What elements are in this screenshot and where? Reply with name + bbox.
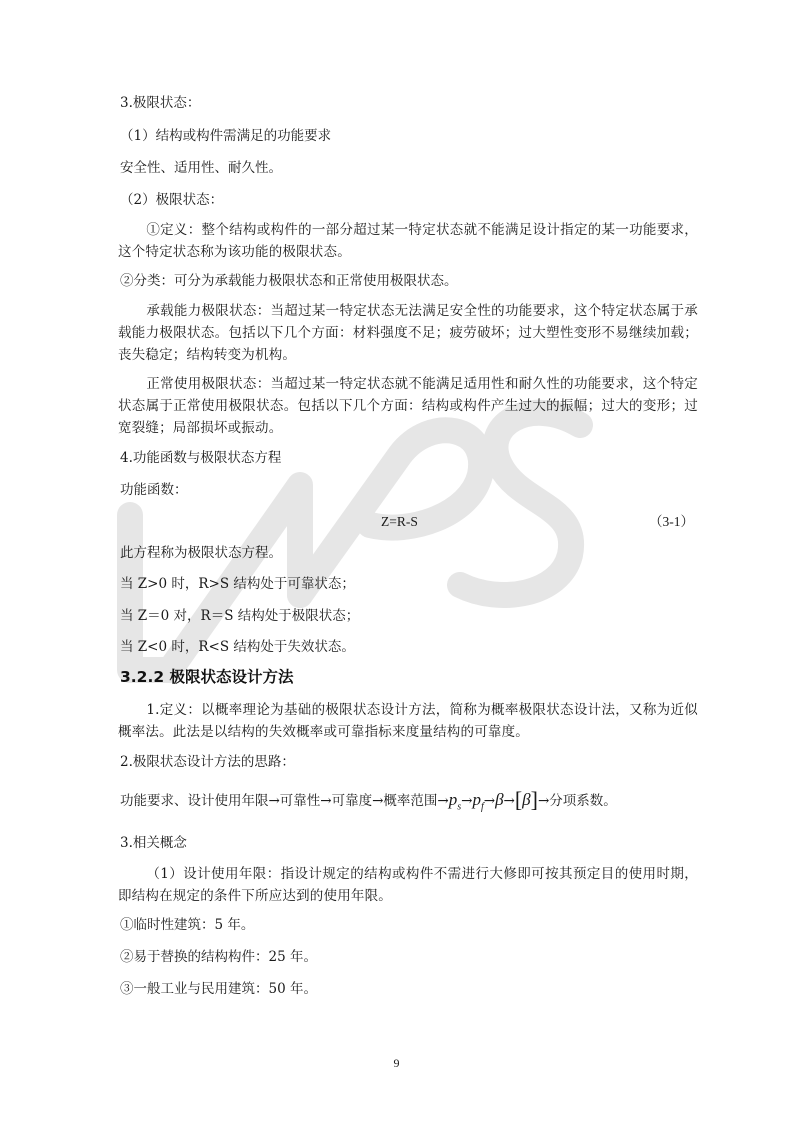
- ultimate-limit-state-paragraph: 承载能力极限状态：当超过某一特定状态无法满足安全性的功能要求，这个特定状态属于承…: [118, 300, 698, 366]
- equation-number: （3-1）: [649, 511, 694, 533]
- functional-requirements-title: （1）结构或构件需满足的功能要求: [118, 125, 700, 147]
- functional-requirements-list: 安全性、适用性、耐久性。: [118, 157, 700, 179]
- flow-suffix: →分项系数。: [538, 793, 617, 809]
- subheading-performance-function: 4.功能函数与极限状态方程: [118, 447, 700, 469]
- equation-description: 此方程称为极限状态方程。: [118, 542, 700, 564]
- limit-state-title: （2）极限状态：: [118, 189, 700, 211]
- ps-symbol: ps: [449, 790, 461, 809]
- subheading-limit-state: 3.极限状态：: [118, 92, 700, 114]
- page-number: 9: [0, 1056, 793, 1071]
- limit-state-definition: ①定义：整个结构或构件的一部分超过某一特定状态就不能满足设计指定的某一功能要求，…: [118, 219, 698, 263]
- flow-prefix: 功能要求、设计使用年限→可靠性→可靠度→概率范围→: [120, 793, 449, 809]
- related-concepts-title: 3.相关概念: [118, 832, 700, 854]
- serviceability-limit-state-paragraph: 正常使用极限状态：当超过某一特定状态就不能满足适用性和耐久性的功能要求，这个特定…: [118, 373, 698, 439]
- case-reliable: 当 Z>0 时，R>S 结构处于可靠状态；: [118, 573, 700, 595]
- service-life-temporary: ①临时性建筑：5 年。: [118, 914, 700, 936]
- flow-arrow: →: [461, 793, 472, 809]
- service-life-general: ③一般工业与民用建筑：50 年。: [118, 978, 700, 1000]
- section-heading-3-2-2: 3.2.2 极限状态设计方法: [120, 666, 294, 688]
- service-life-replaceable: ②易于替换的结构构件：25 年。: [118, 946, 700, 968]
- beta-symbol: β: [495, 790, 503, 809]
- document-page: 3.极限状态： （1）结构或构件需满足的功能要求 安全性、适用性、耐久性。 （2…: [0, 0, 793, 1122]
- flow-arrow: →: [484, 793, 495, 809]
- design-method-idea-title: 2.极限状态设计方法的思路：: [118, 751, 700, 773]
- equation: Z=R-S: [381, 511, 418, 533]
- performance-function-label: 功能函数：: [118, 479, 700, 501]
- design-service-life-paragraph: （1）设计使用年限：指设计规定的结构或构件不需进行大修即可按其预定目的使用时期，…: [118, 863, 698, 907]
- flow-arrow: →: [504, 793, 515, 809]
- design-method-flow: 功能要求、设计使用年限→可靠性→可靠度→概率范围→ps→pf→β→[β]→分项系…: [118, 786, 700, 821]
- design-method-definition: 1.定义：以概率理论为基础的极限状态设计方法，简称为概率极限状态设计法，又称为近…: [118, 699, 698, 743]
- target-beta-symbol: [β]: [515, 790, 538, 809]
- case-limit: 当 Z＝0 对，R＝S 结构处于极限状态；: [118, 605, 700, 627]
- pf-symbol: pf: [472, 790, 483, 809]
- limit-state-classification: ②分类：可分为承载能力极限状态和正常使用极限状态。: [118, 270, 700, 292]
- case-failure: 当 Z<0 时，R<S 结构处于失效状态。: [118, 636, 700, 658]
